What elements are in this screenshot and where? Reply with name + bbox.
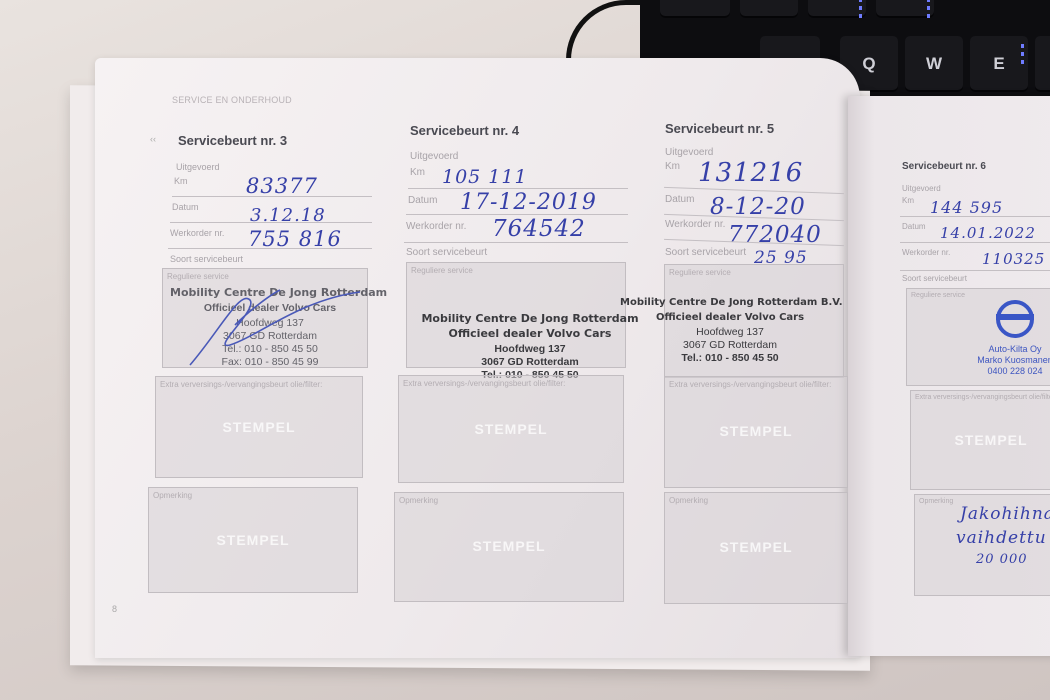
- handwritten-datum: 17-12-2019: [460, 190, 597, 215]
- handwritten-remark-line2: vaihdettu: [956, 528, 1047, 548]
- handwritten-km: 131216: [698, 158, 803, 188]
- service-title: Servicebeurt nr. 3: [178, 133, 287, 148]
- service-title: Servicebeurt nr. 6: [902, 161, 986, 172]
- service-title: Servicebeurt nr. 5: [665, 121, 774, 136]
- remark-box: Opmerking STEMPEL: [394, 492, 624, 602]
- extra-service-box: Extra verversings-/vervangingsbeurt olie…: [155, 376, 363, 478]
- handwritten-km: 105 111: [442, 166, 528, 188]
- label-werkorder: Werkorder nr.: [170, 228, 224, 238]
- dealer-stamp: Auto-Kilta Oy Marko Kuosmanen 0400 228 0…: [960, 300, 1050, 377]
- field-line: [900, 242, 1050, 243]
- field-line: [900, 270, 1050, 271]
- dealer-stamp: Mobility Centre De Jong Rotterdam B.V. O…: [620, 296, 840, 365]
- extra-service-box: Extra verversings-/vervangingsbeurt olie…: [910, 390, 1050, 490]
- label-uitgevoerd: Uitgevoerd: [665, 147, 713, 158]
- label-werkorder: Werkorder nr.: [902, 248, 950, 257]
- label-soort: Soort servicebeurt: [665, 247, 746, 258]
- handwritten-remark-line1: Jakohihna: [960, 504, 1050, 524]
- field-line: [170, 222, 372, 223]
- keyboard-key: [740, 0, 798, 18]
- label-soort: Soort servicebeurt: [170, 254, 243, 264]
- label-werkorder: Werkorder nr.: [665, 219, 725, 230]
- field-line: [408, 188, 628, 189]
- section-header: SERVICE EN ONDERHOUD: [172, 95, 292, 105]
- field-line: [404, 242, 628, 243]
- remark-box: Opmerking STEMPEL: [148, 487, 358, 593]
- label-datum: Datum: [172, 202, 199, 212]
- field-line: [168, 248, 372, 249]
- label-km: Km: [174, 176, 188, 186]
- label-uitgevoerd: Uitgevoerd: [902, 184, 941, 193]
- handwritten-remark-line3: 20 000: [976, 552, 1028, 567]
- handwritten-datum: 14.01.2022: [940, 224, 1036, 242]
- keyboard-key: [876, 0, 934, 18]
- label-uitgevoerd: Uitgevoerd: [410, 151, 458, 162]
- keyboard-key-e: E: [970, 36, 1028, 92]
- label-km: Km: [410, 167, 425, 178]
- extra-service-box: Extra verversings-/vervangingsbeurt olie…: [664, 376, 848, 488]
- keyboard-key-w: W: [905, 36, 963, 92]
- field-line: [172, 196, 372, 197]
- service-title: Servicebeurt nr. 4: [410, 123, 519, 138]
- signature: [180, 270, 370, 370]
- service-entry-5: Servicebeurt nr. 5 Uitgevoerd Km 131216 …: [660, 118, 850, 608]
- dealer-stamp: Mobility Centre De Jong Rotterdam Offici…: [420, 312, 640, 382]
- service-entry-4: Servicebeurt nr. 4 Uitgevoerd Km 105 111…: [400, 120, 630, 610]
- keyboard-key: [1035, 36, 1050, 92]
- keyboard-key: [808, 0, 866, 18]
- label-soort: Soort servicebeurt: [406, 247, 487, 258]
- handwritten-km: 83377: [246, 174, 318, 198]
- label-km: Km: [665, 161, 680, 172]
- keyboard-key: [660, 0, 730, 18]
- label-datum: Datum: [408, 195, 437, 206]
- label-soort: Soort servicebeurt: [902, 274, 967, 283]
- handwritten-werkorder: 110325: [982, 250, 1045, 268]
- label-km: Km: [902, 196, 914, 205]
- field-line: [900, 216, 1050, 217]
- service-entry-6: Servicebeurt nr. 6 Uitgevoerd Km 144 595…: [900, 158, 1050, 608]
- label-datum: Datum: [665, 194, 694, 205]
- handwritten-km: 144 595: [930, 198, 1003, 217]
- page-number: 8: [112, 604, 117, 614]
- field-line: [406, 214, 628, 215]
- label-datum: Datum: [902, 222, 926, 231]
- volvo-logo-icon: [996, 300, 1034, 338]
- extra-service-box: Extra verversings-/vervangingsbeurt olie…: [398, 375, 624, 483]
- remark-box: Opmerking STEMPEL: [664, 492, 848, 604]
- label-uitgevoerd: Uitgevoerd: [176, 162, 220, 172]
- service-entry-3: Servicebeurt nr. 3 Uitgevoerd Km 83377 D…: [150, 130, 370, 600]
- handwritten-werkorder: 764542: [492, 216, 586, 242]
- label-werkorder: Werkorder nr.: [406, 221, 466, 232]
